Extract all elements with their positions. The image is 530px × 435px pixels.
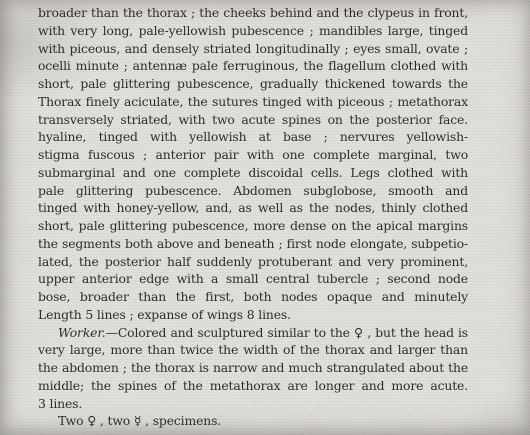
text-line: Worker.—Colored and sculptured similar t… [38,324,468,342]
text-line: upper anterior edge with a small central… [38,270,468,288]
text-line: 3 lines. [38,395,468,413]
text-line: ocelli minute ; antennæ pale ferruginous… [38,57,468,75]
text-line: hyaline, tinged with yellowish at base ;… [38,128,468,146]
text-line: with very long, pale-yellowish pubescenc… [38,22,468,40]
scanned-page: broader than the thorax ; the cheeks beh… [0,0,530,435]
text-line: short, pale glittering pubescence, more … [38,217,468,235]
text-line-rest: —Colored and sculptured similar to the ♀… [106,325,468,340]
text-line: very large, more than twice the width of… [38,341,468,359]
text-line: the abdomen ; the thorax is narrow and m… [38,359,468,377]
text-line: the segments both above and beneath ; fi… [38,235,468,253]
text-line: short, pale glittering pubescence, gradu… [38,75,468,93]
text-line: with piceous, and densely striated longi… [38,40,468,58]
text-line: stigma fuscous ; anterior pair with one … [38,146,468,164]
text-line: Two ♀ , two ☿ , specimens. [38,412,468,430]
text-line: submarginal and one complete discoidal c… [38,164,468,182]
text-line: tinged with honey-yellow, and, as well a… [38,199,468,217]
text-line: pale glittering pubescence. Abdomen subg… [38,182,468,200]
text-block: broader than the thorax ; the cheeks beh… [38,4,468,430]
worker-label-italic: Worker. [58,325,106,340]
text-line: bose, broader than the first, both nodes… [38,288,468,306]
text-line: transversely striated, with two acute sp… [38,111,468,129]
text-line: Thorax finely aciculate, the sutures tin… [38,93,468,111]
text-line: Length 5 lines ; expanse of wings 8 line… [38,306,468,324]
text-line: lated, the posterior half suddenly protu… [38,253,468,271]
text-line: broader than the thorax ; the cheeks beh… [38,4,468,22]
text-line: middle; the spines of the metathorax are… [38,377,468,395]
